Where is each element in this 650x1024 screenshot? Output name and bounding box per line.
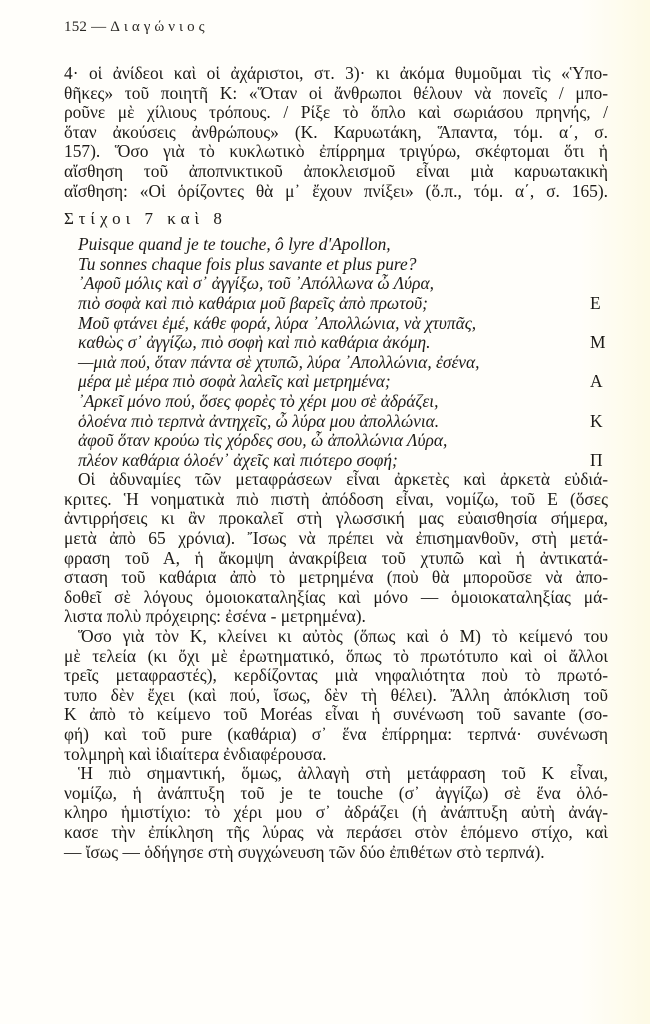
text-line: αἴσθηση τοῦ ἀποπνικτικοῦ ἀποκλεισμοῦ εἶν… (64, 162, 608, 182)
section-heading: Στίχοι 7 καὶ 8 (64, 209, 608, 229)
text-line: κληρο ἡμιστίχιο: τὸ χέρι μου σ᾿ ἀδράζει … (64, 803, 608, 823)
text-line: θῆκες» τοῦ ποιητῆ Κ: «Ὅταν οἱ ἄνθρωποι θ… (64, 84, 608, 104)
text-line: φή) καὶ τοῦ pure (καθάρια) σ᾿ ἕνα ἐπίρρη… (64, 725, 608, 745)
text-line: Οἱ ἀδυναμίες τῶν μεταφράσεων εἶναι ἀρκετ… (64, 470, 608, 490)
text-line: — ἴσως — ὁδήγησε στὴ συγχώνευση τῶν δύο … (64, 843, 608, 863)
translation-a-line: μέρα μὲ μέρα πιὸ σοφὰ λαλεῖς καὶ μετρημέ… (78, 372, 608, 392)
original-verse-line: Tu sonnes chaque fois plus savante et pl… (78, 255, 608, 275)
text-line: τολμηρὴ καὶ ἰδιαίτερα ἐνδιαφέρουσα. (64, 745, 608, 765)
running-head-separator: — (91, 19, 106, 35)
verse-text: πλέον καθάρια ὁλοέν᾿ ἀχεῖς καὶ πιότερο σ… (78, 450, 398, 470)
translation-k-line: ᾿Αρκεῖ μόνο πού, ὅσες φορὲς τὸ χέρι μου … (78, 392, 608, 412)
page-number: 152 (64, 19, 87, 35)
translation-m-line: καθὼς σ᾿ ἀγγίζω, πιὸ σοφὴ καὶ πιὸ καθάρι… (78, 333, 608, 353)
verse-comparison: Puisque quand je te touche, ô lyre d'Apo… (64, 235, 608, 470)
paragraph-2: Οἱ ἀδυναμίες τῶν μεταφράσεων εἶναι ἀρκετ… (64, 470, 608, 627)
verse-text: πιὸ σοφὰ καὶ πιὸ καθάρια μοῦ βαρεῖς ἀπὸ … (78, 293, 428, 313)
translation-a-line: —μιὰ πού, ὅταν πάντα σὲ χτυπῶ, λύρα ᾿Απο… (78, 353, 608, 373)
text-line: ἀντιρρήσεις κι ἂν προκαλεῖ στὴ γλωσσική … (64, 509, 608, 529)
text-line: κριτες. Ἡ νοηματικὰ πιὸ πιστὴ ἀπόδοση εἶ… (64, 490, 608, 510)
paragraph-1: 4· οἱ ἀνίδεοι καὶ οἱ ἀχάριστοι, στ. 3)· … (64, 64, 608, 201)
text-line: αἴσθηση: «Οἱ ὁρίζοντες θὰ μ᾿ ἔχουν πνίξε… (64, 182, 608, 202)
translation-p-line: ἀφοῦ ὅταν κρούω τὶς χόρδες σου, ὦ ἀπολλώ… (78, 431, 608, 451)
text-line: κασε τὴν ἐπίκληση τῆς λύρας νὰ περάσει σ… (64, 823, 608, 843)
text-line: ὅταν ἀκούσεις ἀνθρώπους» (Κ. Καρυωτάκη, … (64, 123, 608, 143)
translator-label-p: Π (590, 451, 603, 471)
translation-k-line: ὁλοένα πιὸ τερπνὰ ἀντηχεῖς, ὦ λύρα μου ἀ… (78, 412, 608, 432)
text-line: τρεῖς μεταφραστές), κερδίζοντας μιὰ νηφα… (64, 666, 608, 686)
verse-text: ἀφοῦ ὅταν κρούω τὶς χόρδες σου, ὦ ἀπολλώ… (78, 430, 447, 450)
verse-text: —μιὰ πού, ὅταν πάντα σὲ χτυπῶ, λύρα ᾿Απο… (78, 352, 480, 372)
running-head: 152 — Διαγώνιος (64, 19, 209, 36)
translator-label-m: Μ (590, 333, 605, 353)
original-verse-line: Puisque quand je te touche, ô lyre d'Apo… (78, 235, 608, 255)
running-head-title: Διαγώνιος (110, 19, 208, 35)
translation-m-line: Μοῦ φτάνει ἐμέ, κάθε φορά, λύρα ᾿Απολλών… (78, 314, 608, 334)
text-line: Κ ἀπὸ τὸ κείμενο τοῦ Moréas εἶναι ἡ συνέ… (64, 705, 608, 725)
body-text: 4· οἱ ἀνίδεοι καὶ οἱ ἀχάριστοι, στ. 3)· … (64, 64, 608, 862)
text-line: φραση τοῦ Α, ἡ ἄκομψη ἀνακρίβεια τοῦ χτυ… (64, 549, 608, 569)
translator-label-k: Κ (590, 412, 603, 432)
text-line: μὲ τελεία (κι ὄχι μὲ ἐρωτηματικό, ὅπως τ… (64, 647, 608, 667)
translation-e-line: ᾿Αφοῦ μόλις καὶ σ᾿ ἀγγίξω, τοῦ ᾿Απόλλωνα… (78, 274, 608, 294)
verse-text: καθὼς σ᾿ ἀγγίζω, πιὸ σοφὴ καὶ πιὸ καθάρι… (78, 332, 430, 352)
paragraph-3: Ὅσο γιὰ τὸν Κ, κλείνει κι αὐτὸς (ὅπως κα… (64, 627, 608, 764)
text-line: λιστα πολὺ πρόχειρης: ἐσένα - μετρημένα)… (64, 607, 608, 627)
translator-label-a: Α (590, 372, 603, 392)
verse-text: μέρα μὲ μέρα πιὸ σοφὰ λαλεῖς καὶ μετρημέ… (78, 371, 391, 391)
paragraph-4: Ἡ πιὸ σημαντική, ὅμως, ἀλλαγὴ στὴ μετάφρ… (64, 764, 608, 862)
verse-text: ὁλοένα πιὸ τερπνὰ ἀντηχεῖς, ὦ λύρα μου ἀ… (78, 411, 439, 431)
text-line: τυπο δὲν ἔχει (καὶ πού, ἴσως, δὲν τὴ θέλ… (64, 686, 608, 706)
text-line: δοθεῖ σὲ λόγους ὁμοιοκαταληξίας καὶ μόνο… (64, 588, 608, 608)
text-line: ροῦνε μὲ χίλιους τρόπους. / Ρίξε τὸ ὅπλο… (64, 103, 608, 123)
text-line: 4· οἱ ἀνίδεοι καὶ οἱ ἀχάριστοι, στ. 3)· … (64, 64, 608, 84)
translation-p-line: πλέον καθάρια ὁλοέν᾿ ἀχεῖς καὶ πιότερο σ… (78, 451, 608, 471)
text-line: νομίζω, ἡ ἀνάπτυξη τοῦ je te touche (σ᾿ … (64, 784, 608, 804)
text-line: Ὅσο γιὰ τὸν Κ, κλείνει κι αὐτὸς (ὅπως κα… (64, 627, 608, 647)
verse-text: Μοῦ φτάνει ἐμέ, κάθε φορά, λύρα ᾿Απολλών… (78, 313, 476, 333)
text-line: μετὰ ἀπὸ 65 χρόνια). Ἴσως νὰ πρέπει νὰ ἐ… (64, 529, 608, 549)
translation-e-line: πιὸ σοφὰ καὶ πιὸ καθάρια μοῦ βαρεῖς ἀπὸ … (78, 294, 608, 314)
verse-text: ᾿Αρκεῖ μόνο πού, ὅσες φορὲς τὸ χέρι μου … (78, 391, 438, 411)
text-line: Ἡ πιὸ σημαντική, ὅμως, ἀλλαγὴ στὴ μετάφρ… (64, 764, 608, 784)
translator-label-e: Ε (590, 294, 601, 314)
text-line: 157). Ὅσο γιὰ τὸ κυκλωτικὸ ἐπίρρημα τριγ… (64, 142, 608, 162)
text-line: σταση τοῦ καθάρια ἀπὸ τὸ μετρημένα (ποὺ … (64, 568, 608, 588)
verse-text: ᾿Αφοῦ μόλις καὶ σ᾿ ἀγγίξω, τοῦ ᾿Απόλλωνα… (78, 273, 434, 293)
